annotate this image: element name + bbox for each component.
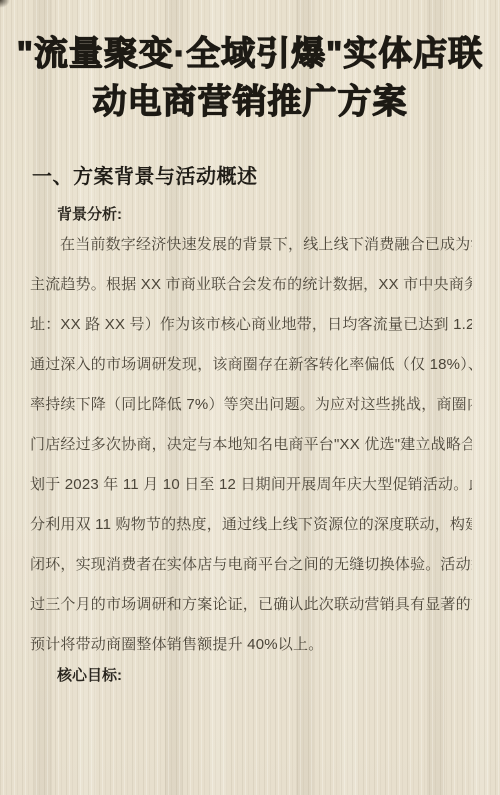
paragraph-line: 门店经过多次协商，决定与本地知名电商平台"XX 优选"建立战略合作关系，计 xyxy=(30,425,472,465)
paragraph-line: 过三个月的市场调研和方案论证，已确认此次联动营销具有显著的市场潜力， xyxy=(30,585,472,625)
document-title-line-2: 动电商营销推广方案 xyxy=(0,78,500,126)
background-analysis-label: 背景分析: xyxy=(57,207,500,223)
paragraph-line: 在当前数字经济快速发展的背景下，线上线下消费融合已成为零售行业的 xyxy=(30,225,472,265)
paragraph-line: 主流趋势。根据 XX 市商业联合会发布的统计数据，XX 市中央商务区（具体地 xyxy=(30,265,472,305)
paragraph-line: 率持续下降（同比降低 7%）等突出问题。为应对这些挑战，商圈内 30 家实体 xyxy=(30,385,472,425)
paragraph-line: 通过深入的市场调研发现，该商圈存在新客转化率偏低（仅 18%）、会员复购 xyxy=(30,345,472,385)
paragraph-line: 闭环，实现消费者在实体店与电商平台之间的无缝切换体验。活动筹备团队经 xyxy=(30,545,472,585)
document-page: "流量聚变·全域引爆"实体店联 动电商营销推广方案 一、方案背景与活动概述 背景… xyxy=(0,0,500,795)
paragraph-line: 划于 2023 年 11 月 10 日至 12 日期间开展周年庆大型促销活动。此… xyxy=(30,465,472,505)
core-goal-label: 核心目标: xyxy=(57,668,500,684)
document-title-line-1: "流量聚变·全域引爆"实体店联 xyxy=(0,30,500,78)
paper-corner-smudge xyxy=(0,0,10,8)
section-heading-background-overview: 一、方案背景与活动概述 xyxy=(32,166,500,188)
paragraph-line: 分利用双 11 购物节的热度，通过线上线下资源位的深度联动，构建完整的流量 xyxy=(30,505,472,545)
background-paragraph: 在当前数字经济快速发展的背景下，线上线下消费融合已成为零售行业的 主流趋势。根据… xyxy=(30,225,472,665)
paragraph-line: 预计将带动商圈整体销售额提升 40%以上。 xyxy=(30,625,472,665)
document-title: "流量聚变·全域引爆"实体店联 动电商营销推广方案 xyxy=(0,0,500,126)
paragraph-line: 址：XX 路 XX 号）作为该市核心商业地带，日均客流量已达到 1.2 万人次，… xyxy=(30,305,472,345)
